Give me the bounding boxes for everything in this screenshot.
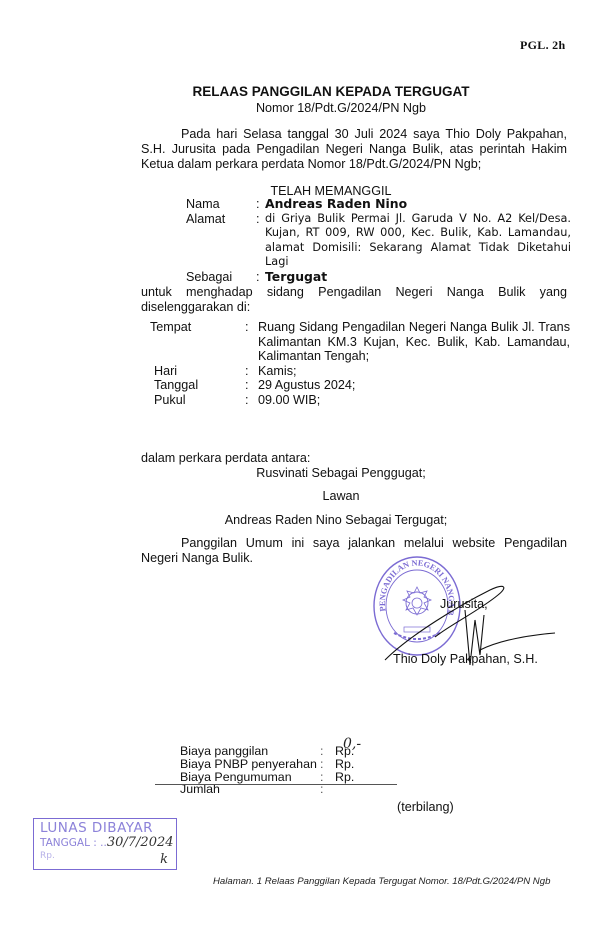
versus-line: Lawan [0,489,612,503]
schedule-label: Hari [150,364,245,379]
stamp-title: LUNAS DIBAYAR [40,821,176,836]
defendant-line: Andreas Raden Nino Sebagai Tergugat; [0,513,612,527]
cost-label: Jumlah [180,783,320,796]
sum-underline [155,784,397,785]
party-name: Andreas Raden Nino [265,197,571,212]
cost-row: Biaya PNBP penyerahan : Rp. [180,758,450,771]
party-row-role: Sebagai : Tergugat [186,270,571,285]
party-label: Alamat [186,212,256,270]
schedule-day: Kamis; [258,364,570,379]
schedule-row-date: Tanggal : 29 Agustus 2024; [150,378,570,393]
hearing-schedule: Tempat : Ruang Sidang Pengadilan Negeri … [150,320,570,408]
colon: : [245,393,258,408]
colon: : [245,378,258,393]
opening-paragraph: Pada hari Selasa tanggal 30 Juli 2024 sa… [141,127,567,173]
party-label: Nama [186,197,256,212]
summoned-party: Nama : Andreas Raden Nino Alamat : di Gr… [186,197,571,285]
stamp-date: 30/7/2024 [107,835,174,850]
cost-table: Biaya panggilan : Rp. Biaya PNBP penyera… [180,745,450,796]
signature-scribble-icon [380,565,560,695]
case-number: Nomor 18/Pdt.G/2024/PN Ngb [0,101,612,115]
page-footer: Halaman. 1 Relaas Panggilan Kepada Tergu… [213,876,550,887]
schedule-place: Ruang Sidang Pengadilan Negeri Nanga Bul… [258,320,570,364]
cost-value [335,783,450,796]
colon: : [320,783,335,796]
colon: : [245,320,258,364]
schedule-label: Tanggal [150,378,245,393]
schedule-row-place: Tempat : Ruang Sidang Pengadilan Negeri … [150,320,570,364]
cost-row: Biaya panggilan : Rp. [180,745,450,758]
stamp-initial: k [160,852,168,867]
colon: : [320,758,335,771]
colon: : [256,212,265,270]
plaintiff-line: Rusvinati Sebagai Penggugat; [0,466,612,480]
schedule-label: Tempat [150,320,245,364]
closing-paragraph: Panggilan Umum ini saya jalankan melalui… [141,536,567,566]
party-row-address: Alamat : di Griya Bulik Permai Jl. Garud… [186,212,571,270]
stamp-date-label: TANGGAL : .. [40,837,107,849]
party-label: Sebagai [186,270,256,285]
schedule-date: 29 Agustus 2024; [258,378,570,393]
cost-label: Biaya panggilan [180,745,320,758]
colon: : [320,745,335,758]
party-role: Tergugat [265,270,571,285]
page-code: PGL. 2h [520,38,565,53]
cost-label: Biaya PNBP penyerahan [180,758,320,771]
colon: : [256,197,265,212]
cost-row: Biaya Pengumuman : Rp. [180,771,450,784]
schedule-row-time: Pukul : 09.00 WIB; [150,393,570,408]
cost-value: Rp. [335,758,450,771]
colon: : [245,364,258,379]
schedule-row-day: Hari : Kamis; [150,364,570,379]
hearing-intro: untuk menghadap sidang Pengadilan Negeri… [141,285,567,315]
cost-row-total: Jumlah : [180,783,450,796]
paid-stamp: LUNAS DIBAYAR TANGGAL : ..30/7/2024 Rp. … [33,818,177,870]
case-between-intro: dalam perkara perdata antara: [141,451,567,466]
party-address: di Griya Bulik Permai Jl. Garuda V No. A… [265,212,571,270]
terbilang-label: (terbilang) [397,800,454,814]
handwritten-amount: 0,- [343,736,361,752]
signer-name: Thio Doly Pakpahan, S.H. [393,652,538,666]
cost-value: Rp. [335,771,450,784]
party-row-name: Nama : Andreas Raden Nino [186,197,571,212]
document-title: RELAAS PANGGILAN KEPADA TERGUGAT [0,84,612,99]
schedule-time: 09.00 WIB; [258,393,570,408]
colon: : [256,270,265,285]
stamp-date-line: TANGGAL : ..30/7/2024 [40,836,176,850]
stamp-amount-label: Rp. [40,850,176,862]
schedule-label: Pukul [150,393,245,408]
